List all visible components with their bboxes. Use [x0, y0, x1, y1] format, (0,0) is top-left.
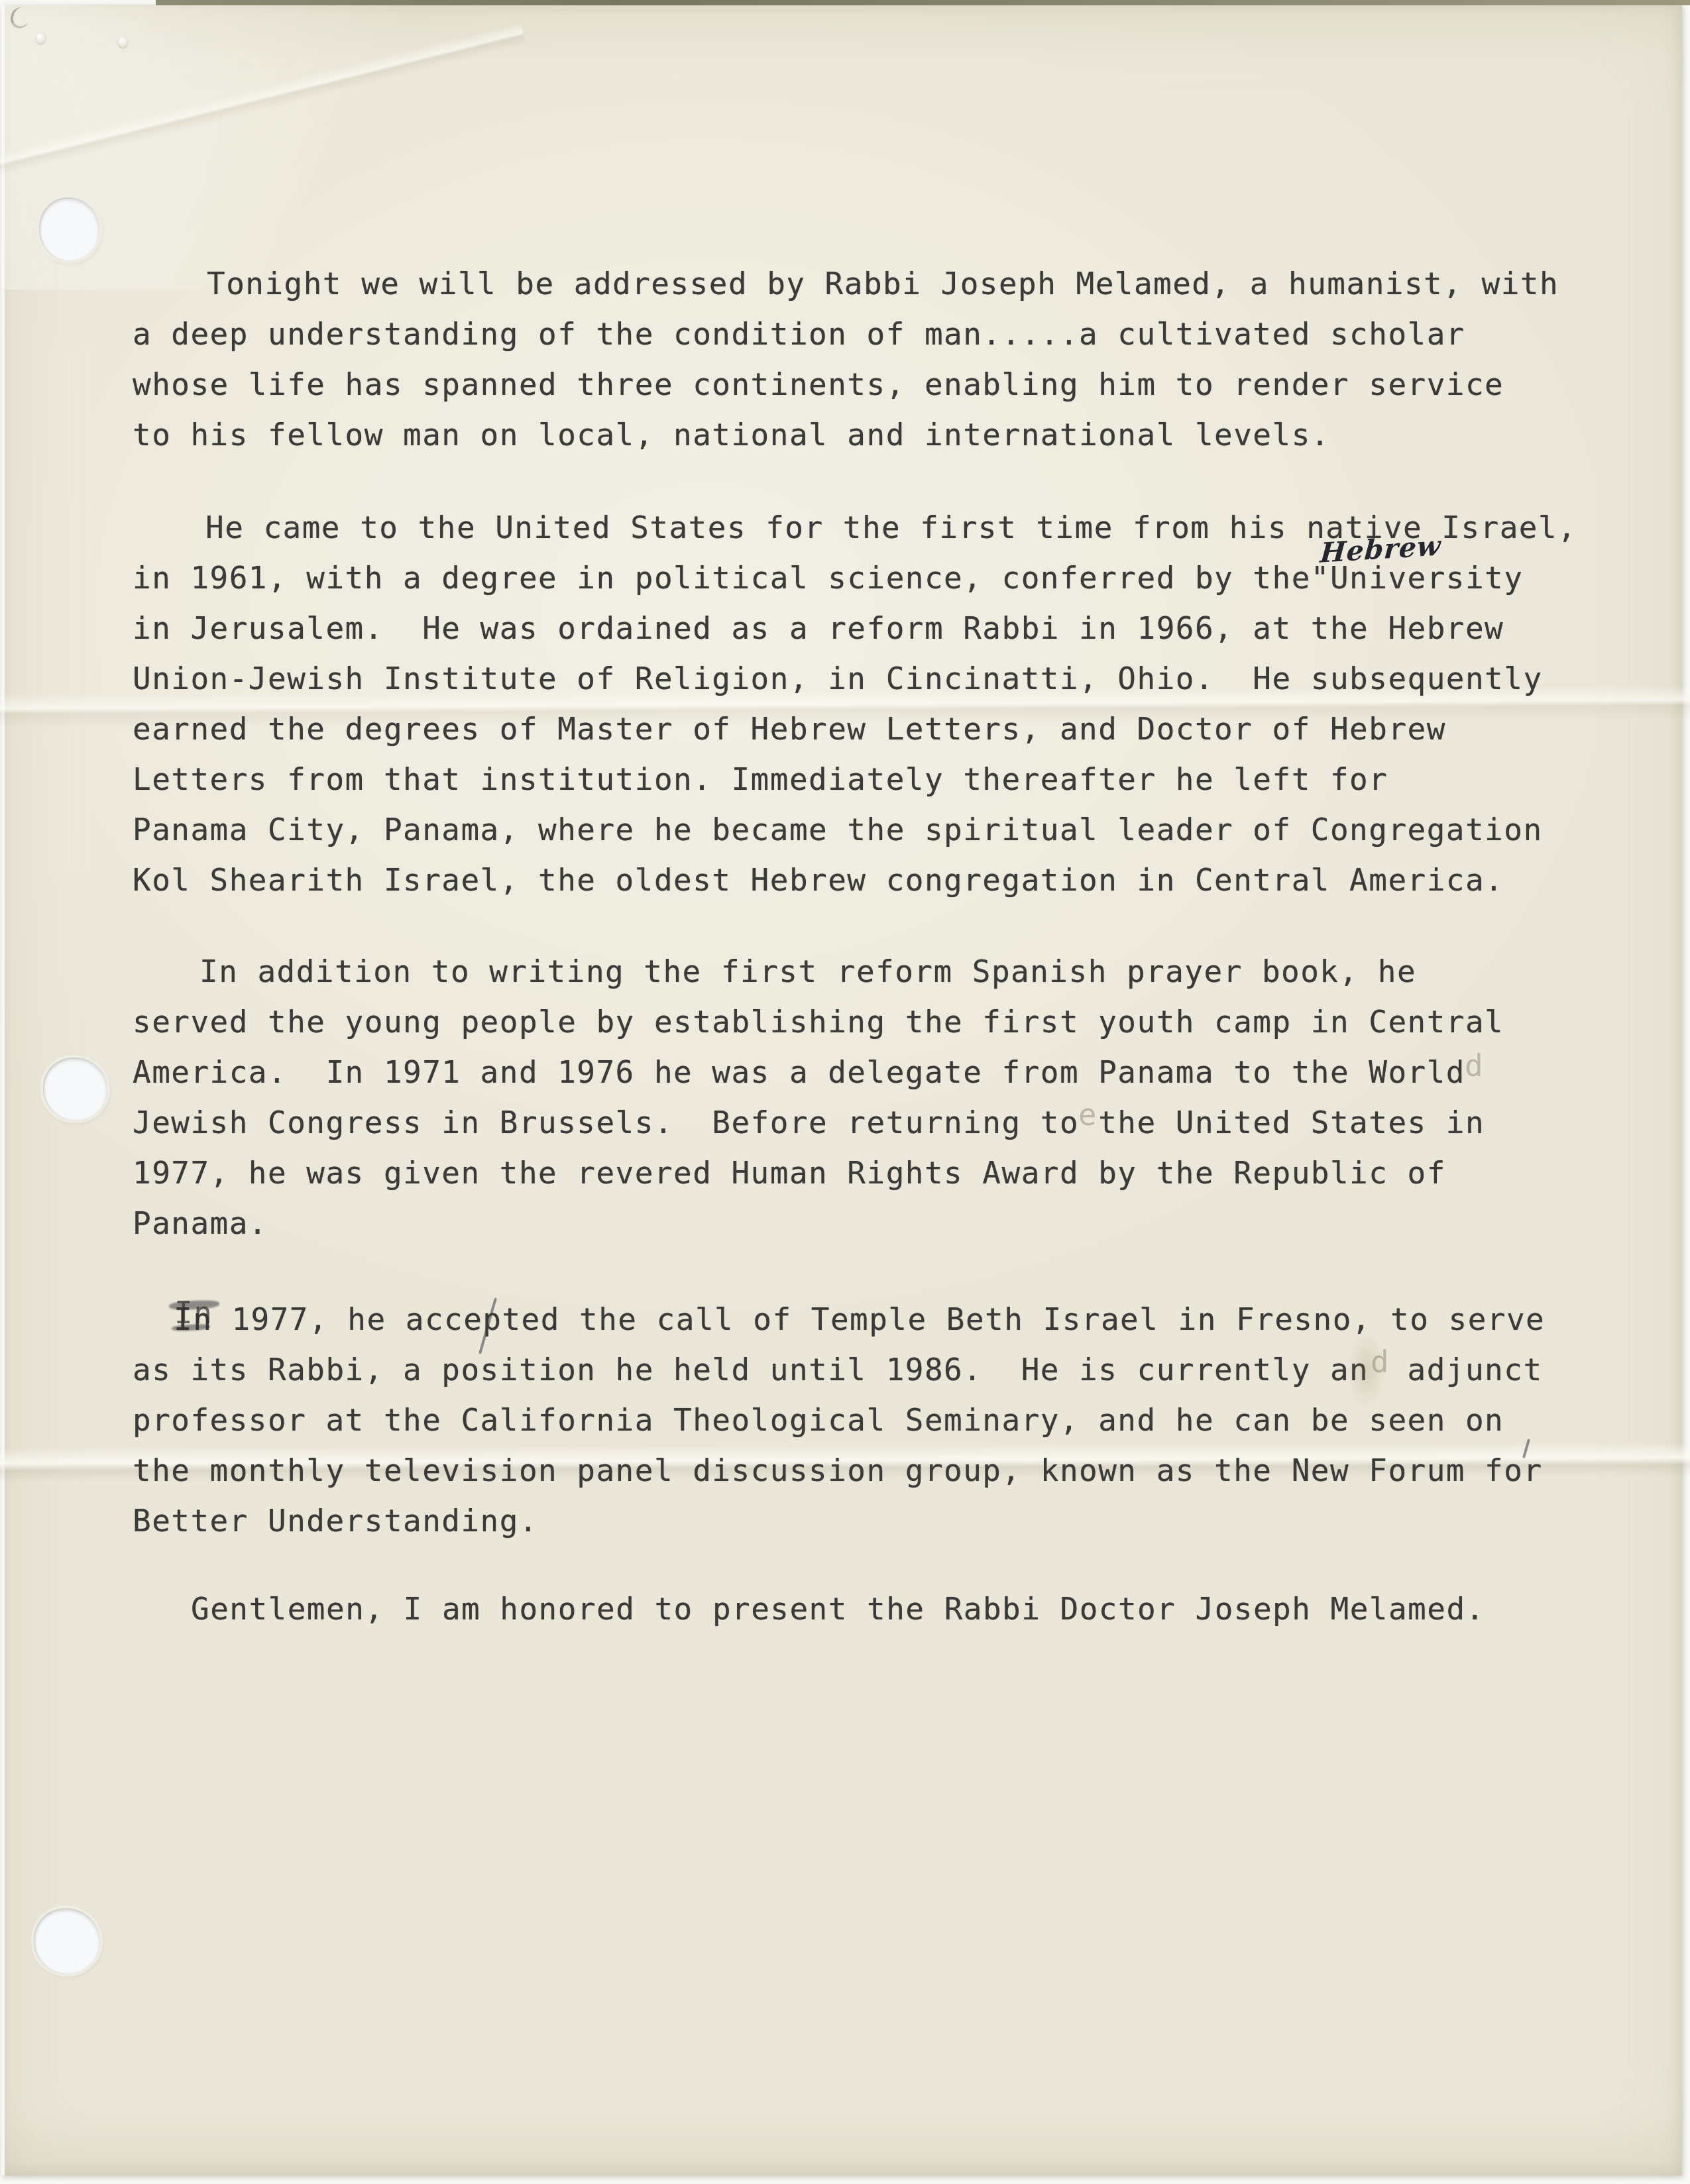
text-line: as its Rabbi, a position he held until 1… — [133, 1344, 1545, 1395]
text-line: Kol Shearith Israel, the oldest Hebrew c… — [133, 855, 1577, 905]
text-line: Better Understanding. — [133, 1496, 1545, 1546]
paragraph: He came to the United States for the fir… — [133, 502, 1577, 905]
text-line: In addition to writing the first reform … — [133, 946, 1504, 997]
scan-edge — [156, 0, 1690, 5]
text-line: Tonight we will be addressed by Rabbi Jo… — [133, 258, 1559, 309]
text-line: earned the degrees of Master of Hebrew L… — [133, 704, 1577, 754]
text-line: whose life has spanned three continents,… — [133, 359, 1559, 409]
paragraph: Tonight we will be addressed by Rabbi Jo… — [133, 258, 1559, 460]
paragraph: In addition to writing the first reform … — [133, 946, 1504, 1248]
paragraph: In 1977, he accepted the call of Temple … — [133, 1294, 1545, 1546]
text-line: Panama City, Panama, where he became the… — [133, 804, 1577, 855]
text-line: served the young people by establishing … — [133, 997, 1504, 1047]
text-line: Gentlemen, I am honored to present the R… — [133, 1584, 1485, 1634]
text-line: He came to the United States for the fir… — [133, 502, 1577, 553]
text-line: Letters from that institution. Immediate… — [133, 754, 1577, 804]
text-line: America. In 1971 and 1976 he was a deleg… — [133, 1047, 1504, 1097]
scanned-document: { "page": { "paper_color": "#eae7d9", "i… — [0, 0, 1690, 2184]
text-line: In 1977, he accepted the call of Temple … — [133, 1294, 1545, 1344]
typed-text-body: Tonight we will be addressed by Rabbi Jo… — [1, 5, 1682, 2175]
text-line: Jewish Congress in Brussels. Before retu… — [133, 1097, 1504, 1148]
text-line: Union-Jewish Institute of Religion, in C… — [133, 653, 1577, 704]
paragraph: Gentlemen, I am honored to present the R… — [133, 1584, 1485, 1634]
text-line: 1977, he was given the revered Human Rig… — [133, 1148, 1504, 1198]
text-line: a deep understanding of the condition of… — [133, 309, 1559, 359]
text-line: professor at the California Theological … — [133, 1395, 1545, 1445]
typewritten-page: Tonight we will be addressed by Rabbi Jo… — [1, 5, 1682, 2175]
text-line: Panama. — [133, 1198, 1504, 1248]
text-line: in Jerusalem. He was ordained as a refor… — [133, 603, 1577, 653]
text-line: to his fellow man on local, national and… — [133, 409, 1559, 460]
text-line: the monthly television panel discussion … — [133, 1445, 1545, 1496]
text-line: in 1961, with a degree in political scie… — [133, 553, 1577, 603]
